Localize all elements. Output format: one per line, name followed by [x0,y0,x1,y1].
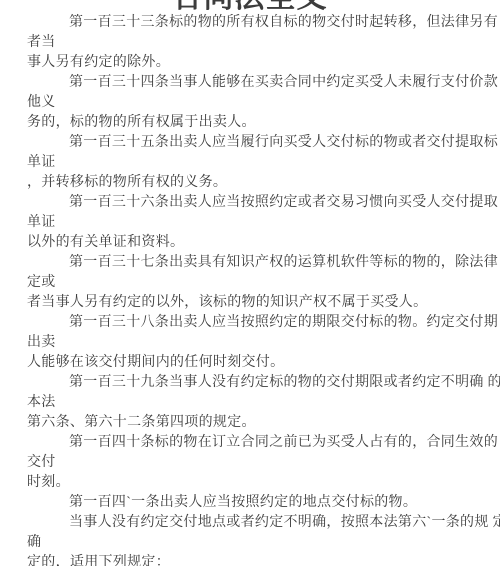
text-line: 第一百三十八条出卖人应当按照约定的期限交付标的物。约定交付期 间的， [27,313,472,333]
text-line: 定或 [27,273,472,293]
text-line: ，并转移标的物所有权的义务。 [27,173,472,193]
text-line: 第六条、第六十二条第四项的规定。 [27,413,472,433]
document-page: 合同法全文 第一百三十三条标的物的所有权自标的物交付时起转移，但法律另有 规定或… [0,0,500,566]
text-line: 第一百三十三条标的物的所有权自标的物交付时起转移，但法律另有 规定或 [27,13,472,33]
text-line: 当事人没有约定交付地点或者约定不明确，按照本法第六`一条的规 定仍不能 [27,513,472,533]
text-line: 第一百三十四条当事人能够在买卖合同中约定买受人未履行支付价款 或者其 [27,73,472,93]
text-line: 第一百四`一条出卖人应当按照约定的地点交付标的物。 [27,493,472,513]
text-line: 者当 [27,33,472,53]
text-line: 人能够在该交付期间内的任何时刻交付。 [27,353,472,373]
text-line: 事人另有约定的除外。 [27,53,472,73]
text-line: 第一百三十七条出卖具有知识产权的运算机软件等标的物的，除法律 另有规 [27,253,472,273]
text-line: 本法 [27,393,472,413]
text-line: 第一百三十九条当事人没有约定标的物的交付期限或者约定不明确 的，适用 [27,373,472,393]
text-line: 时刻。 [27,473,472,493]
text-line: 出卖 [27,333,472,353]
text-line: 务的，标的物的所有权属于出卖人。 [27,113,472,133]
document-body: 第一百三十三条标的物的所有权自标的物交付时起转移，但法律另有 规定或 者当 事人… [27,13,472,566]
text-line: 者当事人另有约定的以外，该标的物的知识产权不属于买受人。 [27,293,472,313]
text-line: 第一百四十条标的物在订立合同之前已为买受人占有的，合同生效的 时刻为 [27,433,472,453]
text-line: 第一百三十五条出卖人应当履行向买受人交付标的物或者交付提取标 的物的 [27,133,472,153]
text-line: 单证 [27,213,472,233]
text-line: 以外的有关单证和资料。 [27,233,472,253]
text-line: 第一百三十六条出卖人应当按照约定或者交易习惯向买受人交付提取 标的物 [27,193,472,213]
text-line: 确 [27,533,472,553]
text-line: 定的，适用下列规定： [27,553,472,566]
document-title: 合同法全文 [0,0,500,13]
text-line: 他义 [27,93,472,113]
text-line: 交付 [27,453,472,473]
text-line: 单证 [27,153,472,173]
